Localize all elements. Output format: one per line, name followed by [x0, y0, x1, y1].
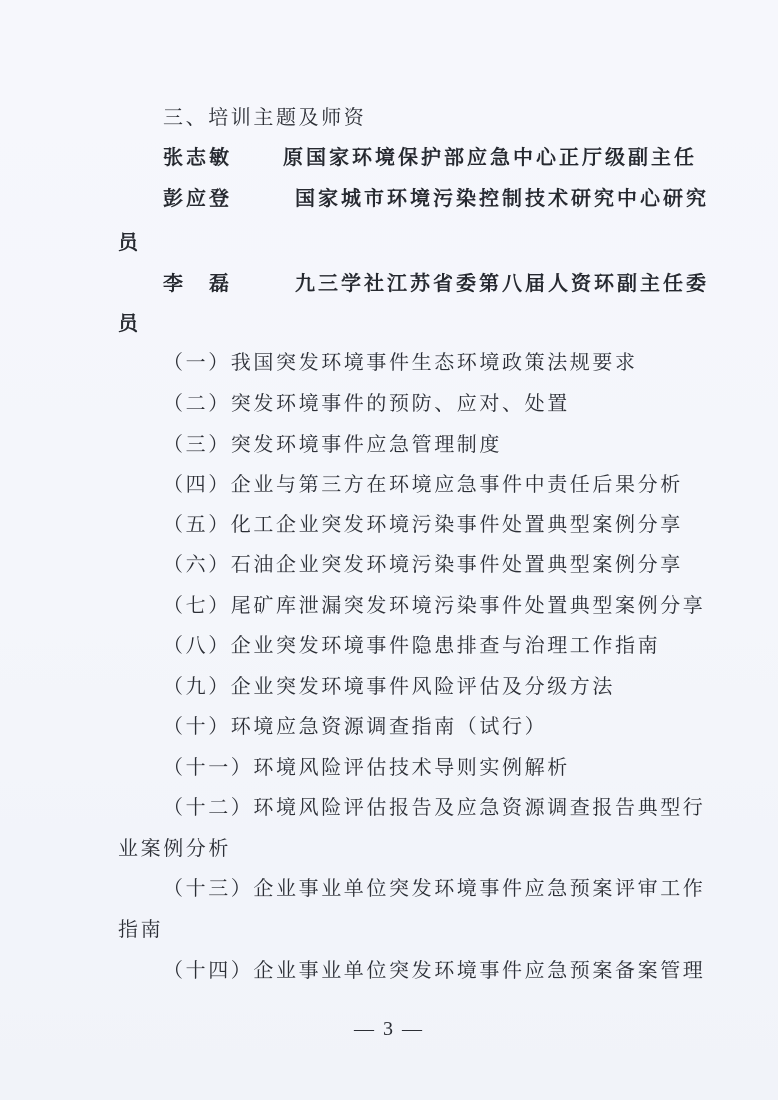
page-number: — 3 — [0, 1018, 778, 1041]
section-heading: 三、培训主题及师资 [163, 103, 723, 131]
topic-item: （五）化工企业突发环境污染事件处置典型案例分享 [163, 510, 723, 538]
topic-item: （三）突发环境事件应急管理制度 [163, 430, 723, 458]
topic-item: （十二）环境风险评估报告及应急资源调查报告典型行 [163, 793, 723, 821]
instructor-name: 李 磊 [163, 269, 283, 297]
instructor-title: 原国家环境保护部应急中心正厅级副主任 [283, 145, 697, 169]
topic-item: （八）企业突发环境事件隐患排查与治理工作指南 [163, 631, 723, 659]
topic-item: （四）企业与第三方在环境应急事件中责任后果分析 [163, 470, 723, 498]
instructor-row: 李 磊九三学社江苏省委第八届人资环副主任委 [163, 269, 723, 297]
topic-item: （六）石油企业突发环境污染事件处置典型案例分享 [163, 550, 723, 578]
topic-item: （九）企业突发环境事件风险评估及分级方法 [163, 672, 723, 700]
topic-item: （十）环境应急资源调查指南（试行） [163, 712, 723, 740]
instructor-title-continuation: 员 [118, 228, 678, 256]
topic-item: （十四）企业事业单位突发环境事件应急预案备案管理 [163, 956, 723, 984]
instructor-row: 彭应登国家城市环境污染控制技术研究中心研究 [163, 184, 723, 212]
topic-item-continuation: 业案例分析 [118, 834, 678, 862]
instructor-title-continuation: 员 [118, 309, 678, 337]
topic-item: （七）尾矿库泄漏突发环境污染事件处置典型案例分享 [163, 591, 723, 619]
document-page: 三、培训主题及师资 张志敏原国家环境保护部应急中心正厅级副主任 彭应登国家城市环… [0, 0, 778, 1100]
instructor-title: 九三学社江苏省委第八届人资环副主任委 [283, 271, 709, 295]
topic-item: （二）突发环境事件的预防、应对、处置 [163, 389, 723, 417]
topic-item: （十三）企业事业单位突发环境事件应急预案评审工作 [163, 874, 723, 902]
topic-item: （一）我国突发环境事件生态环境政策法规要求 [163, 348, 723, 376]
instructor-row: 张志敏原国家环境保护部应急中心正厅级副主任 [163, 143, 723, 171]
instructor-name: 彭应登 [163, 184, 283, 212]
topic-item-continuation: 指南 [118, 915, 678, 943]
topic-item: （十一）环境风险评估技术导则实例解析 [163, 753, 723, 781]
instructor-title: 国家城市环境污染控制技术研究中心研究 [283, 186, 709, 210]
instructor-name: 张志敏 [163, 143, 283, 171]
